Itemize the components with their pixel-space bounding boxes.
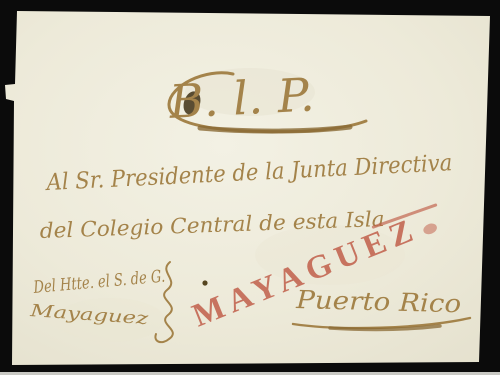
top-inscription: B. l. P. [167,67,316,129]
ink-dot [202,280,207,285]
destination-group: Puerto Rico [295,285,462,318]
cover-photo: B. l. P. Al Sr. Presidente de la Junta D… [0,0,500,375]
postal-cover-scene: B. l. P. Al Sr. Presidente de la Junta D… [0,0,500,375]
destination: Puerto Rico [295,285,462,318]
top-inscription-group: B. l. P. [167,67,316,129]
